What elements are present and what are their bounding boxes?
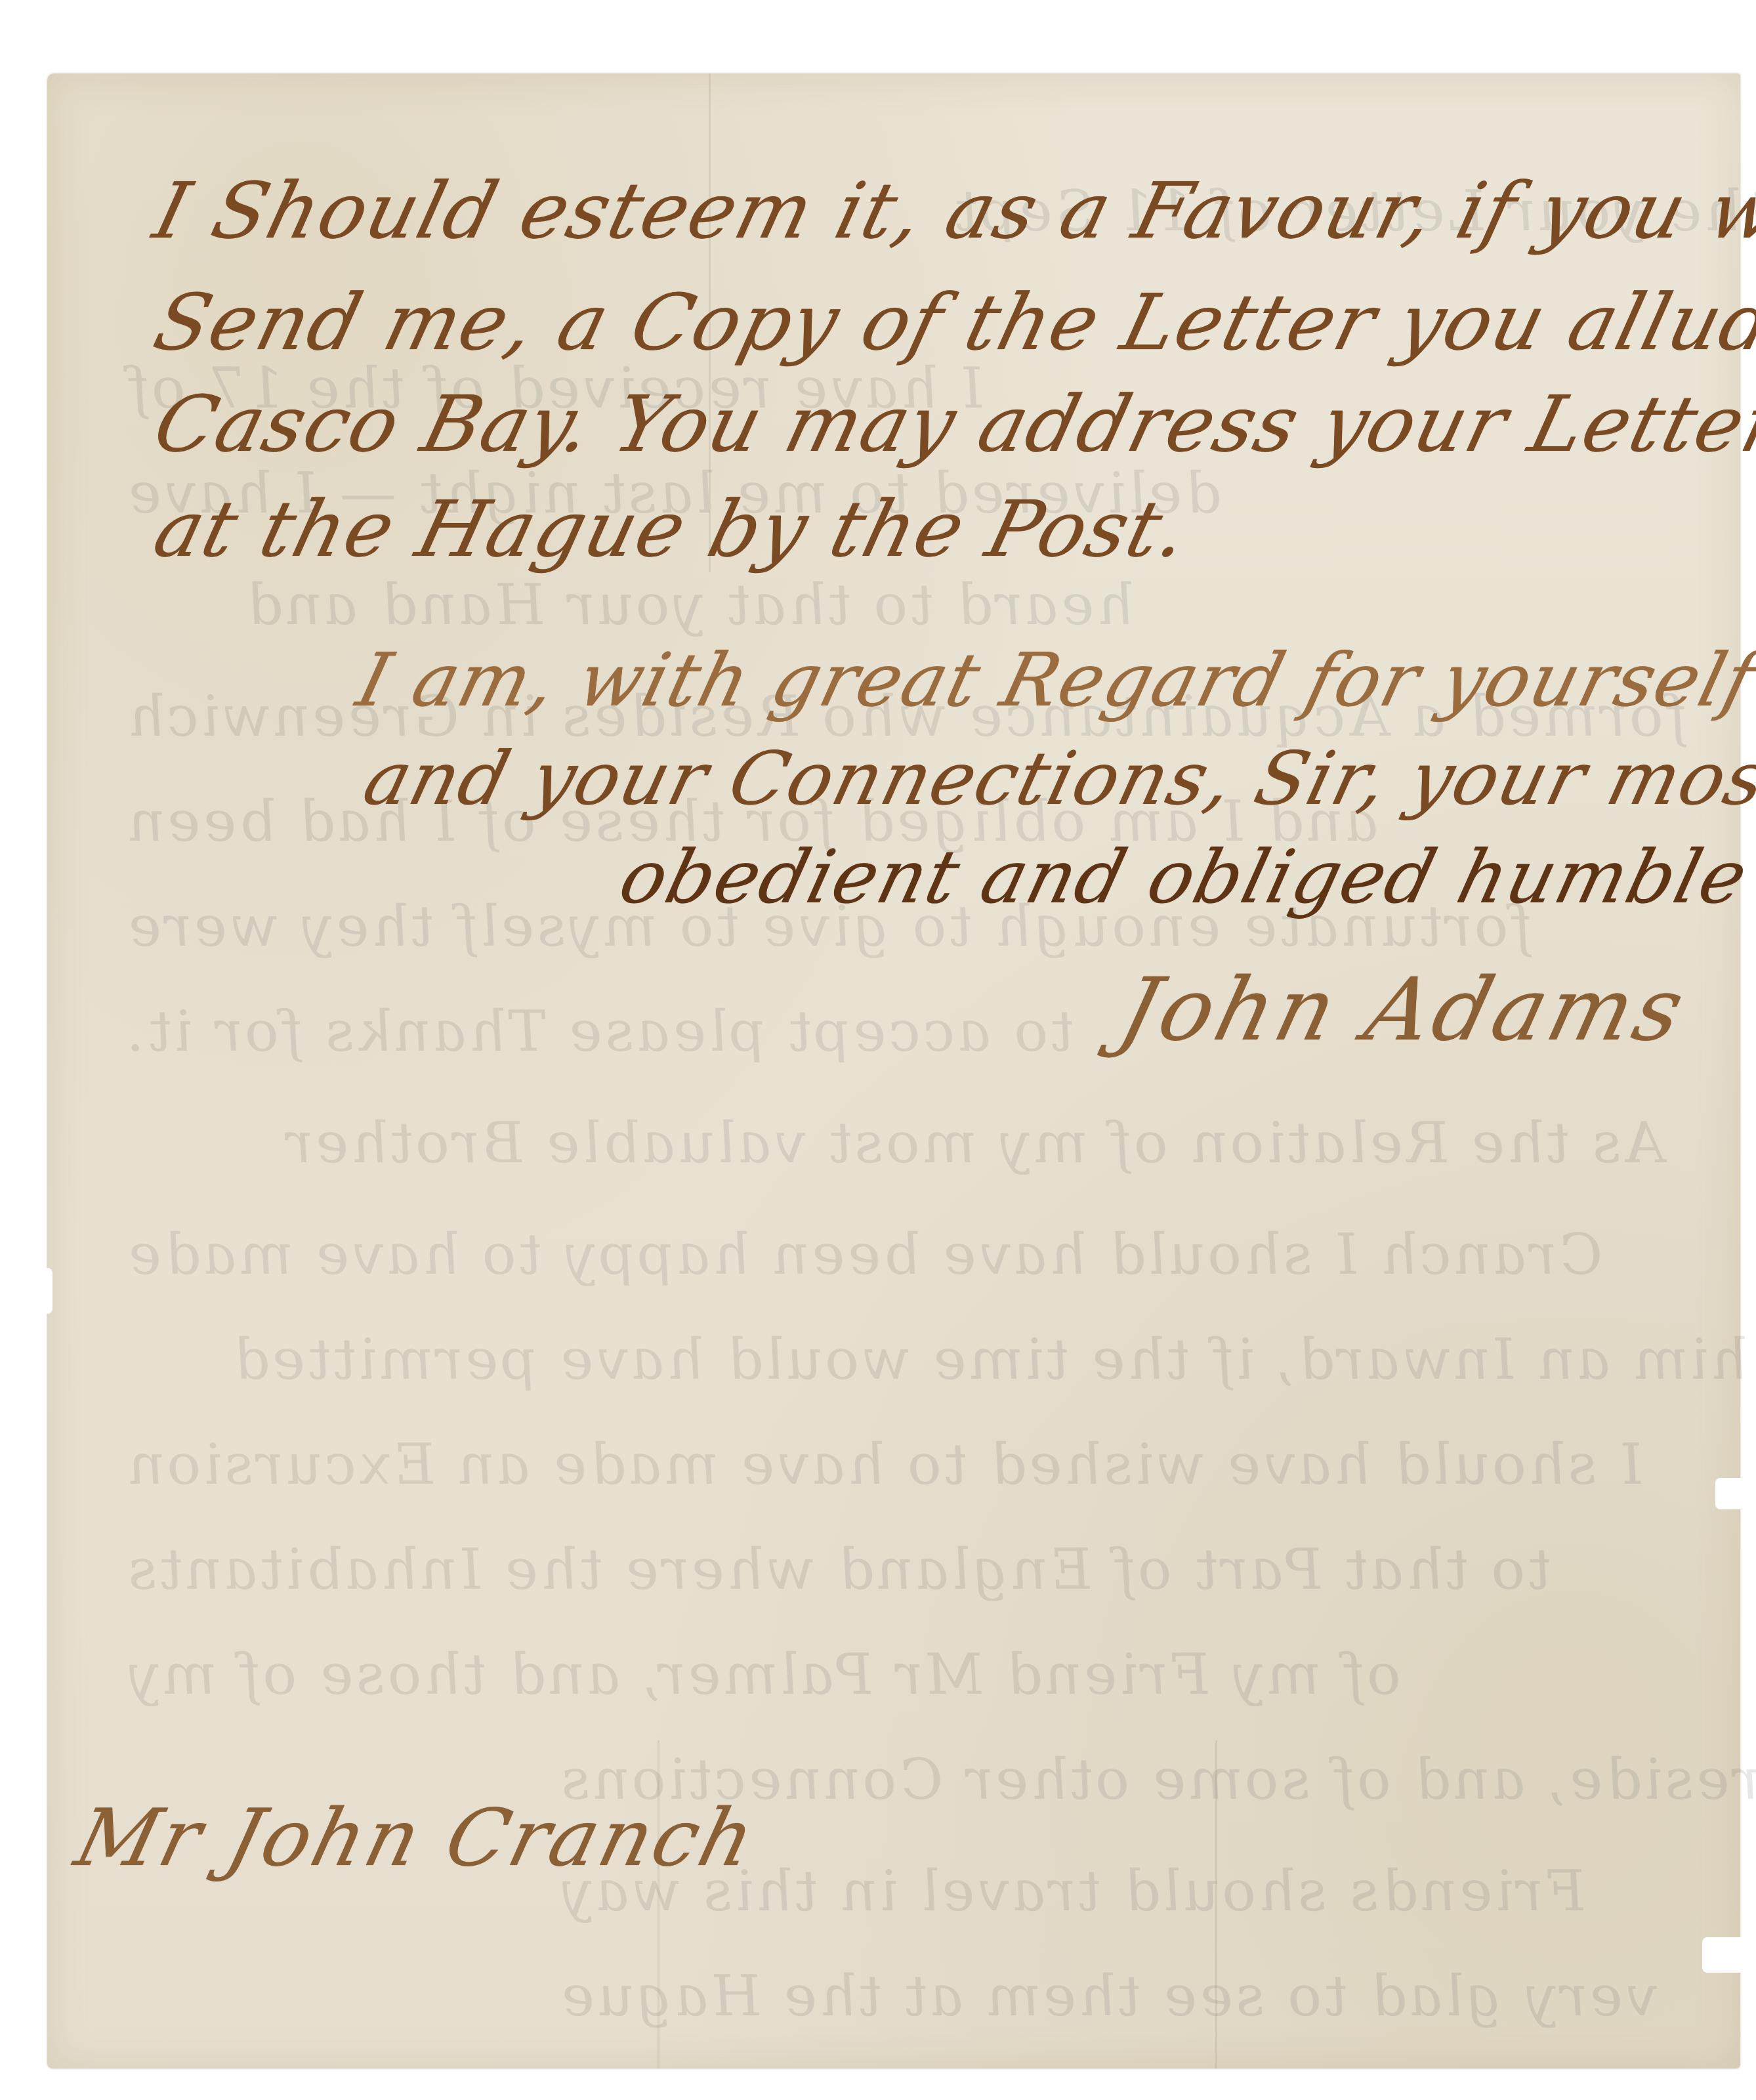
bleed-through-line: Cranch I should have been happy to have … (121, 1222, 1607, 1288)
letter-paper: the your Letter of 11 Sept I have receiv… (47, 73, 1740, 2068)
letter-body-line: I Should esteem it, as a Favour, if you … (146, 165, 1756, 256)
signature: John Adams (1110, 959, 1697, 1060)
letter-body-line: at the Hague by the Post. (146, 484, 1198, 574)
bleed-through-line: heard to that your Hand and (240, 572, 1139, 638)
paper-tear (1702, 1937, 1742, 1973)
addressee: Mr John Cranch (67, 1793, 766, 1884)
letter-body-line: Casco Bay. You may address your Letter t… (146, 379, 1756, 469)
bleed-through-line: him an Inward, if the time would have pe… (226, 1327, 1752, 1393)
paper-tear (46, 1268, 52, 1314)
bleed-through-line: to that Part of England where the Inhabi… (121, 1537, 1556, 1603)
bleed-through-line: of my Friend Mr Palmer, and those of my (121, 1642, 1406, 1708)
letter-closing-line: I am, with great Regard for yourself (349, 638, 1756, 723)
paper-tear (1715, 1478, 1742, 1509)
letter-body-line: Send me, a Copy of the Letter you allude… (146, 277, 1756, 367)
letter-closing-line: obedient and obliged humble Servant (612, 835, 1756, 920)
bleed-through-line: to accept please Thanks for it. (121, 999, 1079, 1064)
bleed-through-line: As the Relation of my most valuable Brot… (279, 1110, 1669, 1176)
letter-closing-line: and your Connections, Sir, your most (356, 736, 1756, 822)
bleed-through-line: very glad to see them at the Hague (554, 1963, 1662, 2029)
bleed-through-line: I should have wished to have made an Exc… (121, 1432, 1647, 1498)
